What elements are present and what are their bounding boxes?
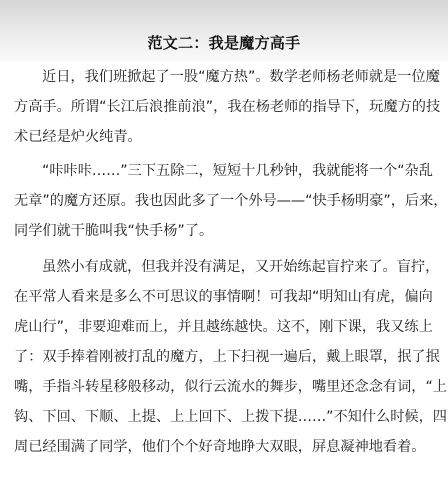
text-line: 术已经是炉火纯青。 [14, 122, 434, 152]
essay-title: 范文二：我是魔方高手 [0, 32, 448, 53]
text-line: “咔咔咔……”三下五除二，短短十几秒钟，我就能将一个“杂乱 [14, 156, 434, 186]
text-line: 了：双手捧着刚被打乱的魔方，上下扫视一遍后，戴上眼罩，抿了抿 [14, 342, 434, 372]
text-line: 嘴，手指斗转星移般移动，似行云流水的舞步，嘴里还念念有词，“上 [14, 372, 434, 402]
paragraph-2: “咔咔咔……”三下五除二，短短十几秒钟，我就能将一个“杂乱 无章”的魔方还原。我… [14, 156, 434, 246]
text-line: 钩、下回、下顺、上提、上上回下、上拨下提……”不知什么时候，四 [14, 402, 434, 432]
text-line: 虎山行”，非要迎难而上，并且越练越快。这不，刚下课，我又练上 [14, 312, 434, 342]
text-line: 同学们就干脆叫我“快手杨”了。 [14, 216, 434, 246]
text-line: 虽然小有成就，但我并没有满足，又开始练起盲拧来了。盲拧， [14, 252, 434, 282]
paragraph-3: 虽然小有成就，但我并没有满足，又开始练起盲拧来了。盲拧， 在平常人看来是多么不可… [14, 252, 434, 462]
paragraph-1: 近日，我们班掀起了一股“魔方热”。数学老师杨老师就是一位魔 方高手。所谓“长江后… [14, 62, 434, 152]
text-line: 无章”的魔方还原。我也因此多了一个外号——“快手杨明豪”，后来， [14, 186, 434, 216]
text-line: 周已经围满了同学，他们个个好奇地睁大双眼，屏息凝神地看着。 [14, 432, 434, 462]
text-line: 方高手。所谓“长江后浪推前浪”，我在杨老师的指导下，玩魔方的技 [14, 92, 434, 122]
text-line: 在平常人看来是多么不可思议的事情啊！可我却“明知山有虎，偏向 [14, 282, 434, 312]
text-line: 近日，我们班掀起了一股“魔方热”。数学老师杨老师就是一位魔 [14, 62, 434, 92]
